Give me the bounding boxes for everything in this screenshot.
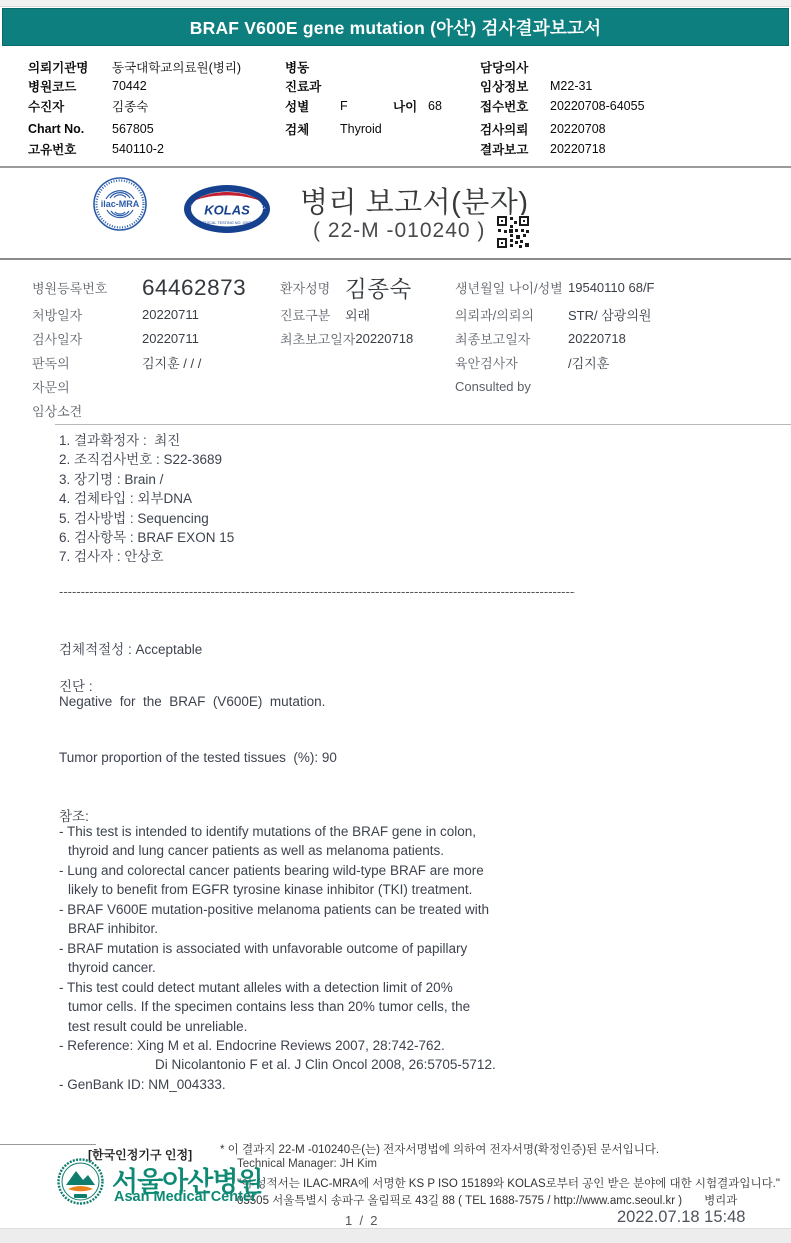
patient-reg-no: 64462873 xyxy=(142,275,246,301)
patient-col-c: 생년월일 나이/성별19540110 68/F 의뢰과/의뢰의STR/ 삼광의원… xyxy=(455,272,655,398)
sex-value: F xyxy=(340,99,393,113)
info-row: 고유번호540110-2 xyxy=(28,139,241,159)
note-line: - GenBank ID: NM_004333. xyxy=(59,1075,496,1094)
field-label: 결과보고 xyxy=(480,140,550,158)
field-label: 환자성명 xyxy=(280,278,345,297)
field-value: 70442 xyxy=(112,79,147,93)
patient-col-b: 환자성명김종숙 진료구분외래 최초보고일자20220718 xyxy=(280,272,413,351)
field-label: 병동 xyxy=(285,58,340,76)
field-value: /김지훈 xyxy=(568,353,609,372)
report-title-bar: BRAF V600E gene mutation (아산) 검사결과보고서 xyxy=(2,8,789,46)
field-value: M22-31 xyxy=(550,79,592,93)
info-row: 병동 xyxy=(285,57,442,77)
test-details-list: 1. 결과확정자 : 최진 2. 조직검사번호 : S22-3689 3. 장기… xyxy=(59,431,234,567)
divider-line xyxy=(0,258,791,260)
field-label: 검사의뢰 xyxy=(480,120,550,138)
list-item: 5. 검사방법 : Sequencing xyxy=(59,509,234,528)
age-label: 나이 xyxy=(393,97,428,115)
field-value: 20220708 xyxy=(550,122,606,136)
field-value: 20220711 xyxy=(142,331,199,346)
specimen-adequacy: 검체적절성 : Acceptable xyxy=(59,638,202,658)
field-value: 20220718 xyxy=(550,142,606,156)
field-value: 외래 xyxy=(345,305,370,324)
diagnosis-result: Negative for the BRAF (V600E) mutation. xyxy=(59,694,325,709)
field-label: 자문의 xyxy=(32,377,142,396)
note-line: Di Nicolantonio F et al. J Clin Oncol 20… xyxy=(59,1055,496,1074)
field-value: 567805 xyxy=(112,122,154,136)
field-value: 동국대학교의료원(병리) xyxy=(112,58,241,76)
diagnosis-label: 진단 : xyxy=(59,675,93,695)
divider-line xyxy=(55,424,791,425)
field-label: 검사일자 xyxy=(32,329,142,348)
field-value: STR/ 삼광의원 xyxy=(568,305,651,324)
report-section-title: 병리 보고서(분자) xyxy=(300,180,528,221)
top-strip xyxy=(0,0,791,7)
page-number: 1 / 2 xyxy=(345,1213,378,1228)
info-row: 접수번호20220708-64055 xyxy=(480,96,645,116)
note-line: thyroid cancer. xyxy=(59,958,496,977)
field-label: 고유번호 xyxy=(28,140,112,158)
field-label: 육안검사자 xyxy=(455,353,568,372)
field-value: 20220718 xyxy=(568,331,626,346)
note-line: - Reference: Xing M et al. Endocrine Rev… xyxy=(59,1036,496,1055)
info-row: 임상정보M22-31 xyxy=(480,77,645,97)
field-label: 병원코드 xyxy=(28,77,112,95)
field-label: 판독의 xyxy=(32,353,142,372)
info-row: 수진자김종숙 xyxy=(28,96,241,116)
info-row: 병원코드70442 xyxy=(28,77,241,97)
notes-block: - This test is intended to identify muta… xyxy=(59,822,496,1094)
note-line: - Lung and colorectal cancer patients be… xyxy=(59,861,496,880)
svg-text:ilac-MRA: ilac-MRA xyxy=(101,199,140,209)
svg-text:KOLAS: KOLAS xyxy=(204,203,250,218)
info-row: 결과보고20220718 xyxy=(480,139,645,159)
info-row-sex-age: 성별F나이68 xyxy=(285,96,442,116)
field-label: 담당의사 xyxy=(480,58,550,76)
kolas-logo-icon: KOREA LABORATORY ACCREDITATION SCHEME KO… xyxy=(183,184,271,239)
field-label: 검체 xyxy=(285,120,340,138)
field-label: 임상정보 xyxy=(480,77,550,95)
footer-divider-line xyxy=(0,1144,96,1145)
field-label: Consulted by xyxy=(455,379,568,394)
patient-col-a: 병원등록번호64462873 처방일자20220711 검사일자20220711… xyxy=(32,272,246,422)
print-timestamp: 2022.07.18 15:48 xyxy=(617,1208,745,1227)
svg-text:MEDICAL TESTING NO. 4307-2: MEDICAL TESTING NO. 4307-2 xyxy=(200,221,255,225)
info-row: 의뢰기관명동국대학교의료원(병리) xyxy=(28,57,241,77)
qr-code-icon xyxy=(496,215,530,254)
asan-medical-center-seal-icon xyxy=(57,1158,104,1210)
request-info-col3: 담당의사 임상정보M22-31 접수번호20220708-64055 검사의뢰2… xyxy=(480,57,645,159)
list-item: 3. 장기명 : Brain / xyxy=(59,470,234,489)
field-label: 임상소견 xyxy=(32,401,142,420)
info-row: 담당의사 xyxy=(480,57,645,77)
report-page: BRAF V600E gene mutation (아산) 검사결과보고서 의뢰… xyxy=(0,0,791,1243)
esignature-note: * 이 결과지 22-M -010240은(는) 전자서명법에 의하여 전자서명… xyxy=(220,1141,659,1157)
field-label: 처방일자 xyxy=(32,305,142,324)
bottom-strip xyxy=(0,1228,791,1243)
field-value: 19540110 68/F xyxy=(568,280,655,295)
field-label: 병원등록번호 xyxy=(32,278,142,297)
list-item: 6. 검사항목 : BRAF EXON 15 xyxy=(59,528,234,547)
ilac-mra-logo-icon: ilac-MRA xyxy=(93,177,147,236)
field-label: 최초보고일자 xyxy=(280,329,355,348)
field-label: 진료과 xyxy=(285,77,340,95)
note-line: likely to benefit from EGFR tyrosine kin… xyxy=(59,880,496,899)
tumor-proportion: Tumor proportion of the tested tissues (… xyxy=(59,750,337,765)
list-item: 2. 조직검사번호 : S22-3689 xyxy=(59,450,234,469)
info-row: 검체Thyroid xyxy=(285,120,442,140)
dashed-separator: ----------------------------------------… xyxy=(59,584,575,599)
field-label: 진료구분 xyxy=(280,305,345,324)
note-line: - BRAF V600E mutation-positive melanoma … xyxy=(59,900,496,919)
report-number: ( 22-M -010240 ) xyxy=(313,219,485,243)
hospital-address: 05505 서울특별시 송파구 올림픽로 43길 88 ( TEL 1688-7… xyxy=(237,1192,682,1208)
field-label: 최종보고일자 xyxy=(455,329,568,348)
note-line: - This test could detect mutant alleles … xyxy=(59,978,496,997)
note-line: test result could be unreliable. xyxy=(59,1017,496,1036)
field-value: 김종숙 xyxy=(112,97,148,115)
field-value: 20220718 xyxy=(355,331,413,346)
request-info-col1: 의뢰기관명동국대학교의료원(병리) 병원코드70442 수진자김종숙 Chart… xyxy=(28,57,241,159)
info-row: 진료과 xyxy=(285,77,442,97)
field-label: Chart No. xyxy=(28,122,112,136)
field-label: 접수번호 xyxy=(480,97,550,115)
field-value: 20220708-64055 xyxy=(550,99,645,113)
info-row: 검사의뢰20220708 xyxy=(480,120,645,140)
list-item: 4. 검체타입 : 외부DNA xyxy=(59,489,234,508)
info-row: Chart No.567805 xyxy=(28,120,241,140)
list-item: 1. 결과확정자 : 최진 xyxy=(59,431,234,450)
request-info-col2: 병동 진료과 성별F나이68 검체Thyroid xyxy=(285,57,442,139)
hospital-name-en: Asan Medical Center xyxy=(114,1189,257,1205)
patient-name: 김종숙 xyxy=(345,272,412,304)
field-value: 20220711 xyxy=(142,307,199,322)
note-line: - BRAF mutation is associated with unfav… xyxy=(59,939,496,958)
field-label: 수진자 xyxy=(28,97,112,115)
field-value: 김지훈 / / / xyxy=(142,353,201,372)
field-value: Thyroid xyxy=(340,122,382,136)
field-label: 성별 xyxy=(285,97,340,115)
divider-line xyxy=(0,166,791,168)
department-name: 병리과 xyxy=(704,1192,737,1208)
field-value: 540110-2 xyxy=(112,142,164,156)
field-label: 의뢰기관명 xyxy=(28,58,112,76)
age-value: 68 xyxy=(428,99,442,113)
certification-note: "이 성적서는 ILAC-MRA에 서명한 KS P ISO 15189와 KO… xyxy=(237,1175,780,1191)
note-line: thyroid and lung cancer patients as well… xyxy=(59,841,496,860)
note-line: BRAF inhibitor. xyxy=(59,919,496,938)
field-label: 의뢰과/의뢰의 xyxy=(455,305,568,324)
note-line: - This test is intended to identify muta… xyxy=(59,822,496,841)
list-item: 7. 검사자 : 안상호 xyxy=(59,547,234,566)
note-line: tumor cells. If the specimen contains le… xyxy=(59,997,496,1016)
hospital-address-row: 05505 서울특별시 송파구 올림픽로 43길 88 ( TEL 1688-7… xyxy=(237,1192,737,1208)
field-label: 생년월일 나이/성별 xyxy=(455,278,568,297)
report-title-text: BRAF V600E gene mutation (아산) 검사결과보고서 xyxy=(190,15,601,40)
